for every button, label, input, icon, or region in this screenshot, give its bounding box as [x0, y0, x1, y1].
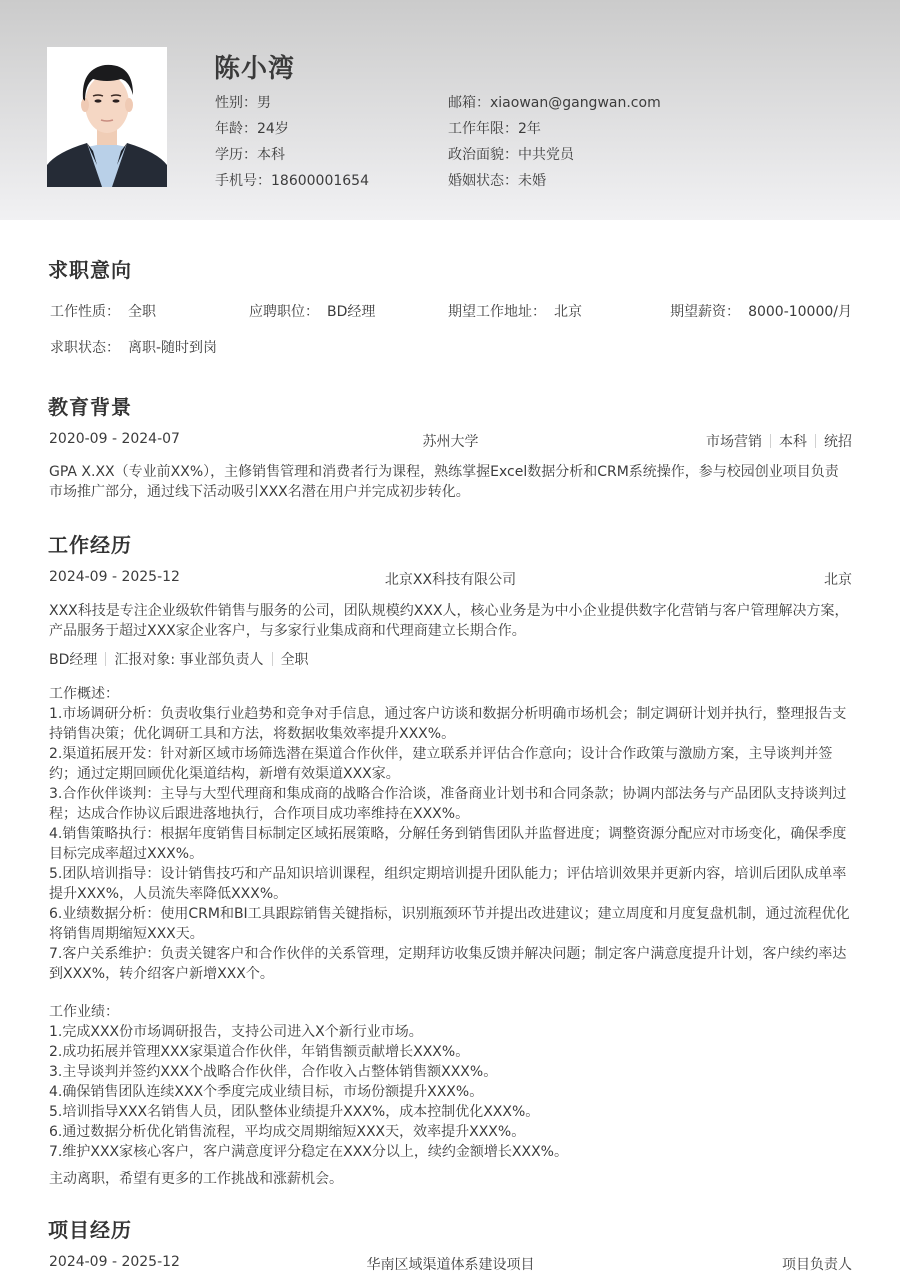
job-intent-row: 工作性质：全职 应聘职位：BD经理 期望工作地址：北京 期望薪资：8000-10…: [50, 301, 852, 323]
info-value: 2年: [518, 121, 541, 137]
education-tags: 市场营销本科统招: [706, 431, 852, 451]
overview-line: 将销售周期缩短XXX天。: [49, 924, 852, 944]
intent-label: 工作性质：: [50, 304, 120, 320]
work-achievements: 工作业绩： 1.完成XXX份市场调研报告，支持公司进入X个新行业市场。 2.成功…: [49, 1002, 852, 1162]
achievement-line: 5.培训指导XXX名销售人员，团队整体业绩提升XXX%，成本控制优化XXX%。: [49, 1102, 852, 1122]
basic-info-right: 邮箱：xiaowan@gangwan.com 工作年限：2年 政治面貌：中共党员…: [448, 92, 661, 196]
education-major: 市场营销: [706, 434, 762, 450]
section-title-job-intent: 求职意向: [48, 254, 132, 283]
project-role: 项目负责人: [782, 1254, 852, 1274]
intro-line: XXX科技是专注企业级软件销售与服务的公司，团队规模约XXX人，核心业务是为中小…: [49, 601, 852, 621]
info-label: 学历：: [215, 147, 257, 163]
overview-line: 到XXX%，转介绍客户新增XXX个。: [49, 964, 852, 984]
intent-value: 离职-随时到岗: [128, 340, 217, 356]
job-status-row: 求职状态：离职-随时到岗: [50, 337, 852, 359]
work-period: 2024-09 - 2025-12: [49, 569, 180, 585]
divider: [272, 652, 273, 666]
overview-line: 5.团队培训指导：设计销售技巧和产品知识培训课程，组织定期培训提升团队能力；评估…: [49, 864, 852, 884]
info-marital-status: 婚姻状态：未婚: [448, 170, 661, 196]
info-label: 性别：: [215, 95, 257, 111]
achievement-line: 3.主导谈判并签约XXX个战略合作伙伴，合作收入占整体销售额XXX%。: [49, 1062, 852, 1082]
intent-value: 全职: [128, 304, 156, 320]
overview-line: 程；达成合作协议后跟进落地执行，合作项目成功率维持在XXX%。: [49, 804, 852, 824]
info-value: 本科: [257, 147, 285, 163]
overview-line: 7.客户关系维护：负责关键客户和合作伙伴的关系管理，定期拜访收集反馈并解决问题；…: [49, 944, 852, 964]
intent-label: 应聘职位：: [249, 304, 319, 320]
work-overview: 工作概述： 1.市场调研分析：负责收集行业趋势和竞争对手信息，通过客户访谈和数据…: [49, 684, 852, 984]
info-value: 未婚: [518, 173, 546, 189]
achievement-line: 6.通过数据分析优化销售流程，平均成交周期缩短XXX天，效率提升XXX%。: [49, 1122, 852, 1142]
education-period: 2020-09 - 2024-07: [49, 431, 180, 447]
intent-label: 期望工作地址：: [448, 304, 546, 320]
project-period: 2024-09 - 2025-12: [49, 1254, 180, 1270]
info-label: 邮箱：: [448, 95, 490, 111]
education-enrollment: 统招: [824, 434, 852, 450]
education-description: GPA X.XX（专业前XX%），主修销售管理和消费者行为课程，熟练掌握Exce…: [49, 462, 852, 502]
work-report-to: 汇报对象: 事业部负责人: [114, 652, 263, 668]
info-work-years: 工作年限：2年: [448, 118, 661, 144]
intent-job-type: 工作性质：全职: [50, 301, 156, 321]
basic-info-left: 性别：男 年龄：24岁 学历：本科 手机号：18600001654: [215, 92, 369, 196]
info-label: 年龄：: [215, 121, 257, 137]
description-line: GPA X.XX（专业前XX%），主修销售管理和消费者行为课程，熟练掌握Exce…: [49, 462, 852, 482]
section-title-education: 教育背景: [48, 391, 132, 420]
info-political-status: 政治面貌：中共党员: [448, 144, 661, 170]
work-type: 全职: [281, 652, 309, 668]
info-value: 24岁: [257, 121, 289, 137]
intent-status: 求职状态：离职-随时到岗: [50, 337, 217, 357]
info-email: 邮箱：xiaowan@gangwan.com: [448, 92, 661, 118]
work-title: BD经理: [49, 652, 97, 668]
intent-salary: 期望薪资：8000-10000/月: [670, 301, 852, 321]
overview-line: 2.渠道拓展开发：针对新区域市场筛选潜在渠道合作伙伴，建立联系并评估合作意向；设…: [49, 744, 852, 764]
info-gender: 性别：男: [215, 92, 369, 118]
avatar-photo-icon: [47, 47, 167, 187]
overview-line: 3.合作伙伴谈判：主导与大型代理商和集成商的战略合作洽谈，准备商业计划书和合同条…: [49, 784, 852, 804]
leave-reason: 主动离职，希望有更多的工作挑战和涨薪机会。: [49, 1169, 852, 1189]
overview-line: 6.业绩数据分析：使用CRM和BI工具跟踪销售关键指标，识别瓶颈环节并提出改进建…: [49, 904, 852, 924]
intro-line: 产品服务于超过XXX家企业客户，与多家行业集成商和代理商建立长期合作。: [49, 621, 852, 641]
info-label: 婚姻状态：: [448, 173, 518, 189]
profile-header: 陈小湾 性别：男 年龄：24岁 学历：本科 手机号：18600001654 邮箱…: [0, 0, 900, 220]
education-degree: 本科: [779, 434, 807, 450]
achievement-line: 1.完成XXX份市场调研报告，支持公司进入X个新行业市场。: [49, 1022, 852, 1042]
education-meta-row: 苏州大学 2020-09 - 2024-07 市场营销本科统招: [49, 431, 852, 453]
intent-value: 北京: [554, 304, 582, 320]
achievement-line: 2.成功拓展并管理XXX家渠道合作伙伴，年销售额贡献增长XXX%。: [49, 1042, 852, 1062]
overview-line: 持销售决策；优化调研工具和方法，将数据收集效率提升XXX%。: [49, 724, 852, 744]
section-title-project: 项目经历: [48, 1214, 132, 1243]
info-value: 18600001654: [271, 173, 369, 189]
info-label: 政治面貌：: [448, 147, 518, 163]
intent-location: 期望工作地址：北京: [448, 301, 582, 321]
intent-label: 求职状态：: [50, 340, 120, 356]
achievements-title: 工作业绩：: [49, 1002, 852, 1022]
overview-line: 提升XXX%，人员流失率降低XXX%。: [49, 884, 852, 904]
project-meta-row: 华南区域渠道体系建设项目 2024-09 - 2025-12 项目负责人: [49, 1254, 852, 1275]
candidate-name: 陈小湾: [214, 48, 295, 85]
info-age: 年龄：24岁: [215, 118, 369, 144]
intent-label: 期望薪资：: [670, 304, 740, 320]
intent-position: 应聘职位：BD经理: [249, 301, 375, 321]
work-tags: BD经理汇报对象: 事业部负责人全职: [49, 649, 309, 669]
achievement-line: 4.确保销售团队连续XXX个季度完成业绩目标，市场份额提升XXX%。: [49, 1082, 852, 1102]
work-meta-row: 北京XX科技有限公司 2024-09 - 2025-12 北京: [49, 569, 852, 591]
description-line: 市场推广部分，通过线下活动吸引XXX名潜在用户并完成初步转化。: [49, 482, 852, 502]
info-education: 学历：本科: [215, 144, 369, 170]
intent-value: BD经理: [327, 304, 375, 320]
info-value: 男: [257, 95, 271, 111]
overview-line: 1.市场调研分析：负责收集行业趋势和竞争对手信息，通过客户访谈和数据分析明确市场…: [49, 704, 852, 724]
company-intro: XXX科技是专注企业级软件销售与服务的公司，团队规模约XXX人，核心业务是为中小…: [49, 601, 852, 641]
section-title-work: 工作经历: [48, 529, 132, 558]
work-location: 北京: [824, 569, 852, 589]
overview-line: 目标完成率超过XXX%。: [49, 844, 852, 864]
overview-title: 工作概述：: [49, 684, 852, 704]
overview-line: 约；通过定期回顾优化渠道结构，新增有效渠道XXX家。: [49, 764, 852, 784]
achievement-line: 7.维护XXX家核心客户，客户满意度评分稳定在XXX分以上，续约金额增长XXX%…: [49, 1142, 852, 1162]
info-label: 手机号：: [215, 173, 271, 189]
info-value: xiaowan@gangwan.com: [490, 95, 661, 111]
info-phone: 手机号：18600001654: [215, 170, 369, 196]
info-value: 中共党员: [518, 147, 574, 163]
avatar: [47, 47, 167, 187]
divider: [770, 434, 771, 448]
overview-line: 4.销售策略执行：根据年度销售目标制定区域拓展策略，分解任务到销售团队并监督进度…: [49, 824, 852, 844]
divider: [815, 434, 816, 448]
intent-value: 8000-10000/月: [748, 304, 852, 320]
info-label: 工作年限：: [448, 121, 518, 137]
divider: [105, 652, 106, 666]
